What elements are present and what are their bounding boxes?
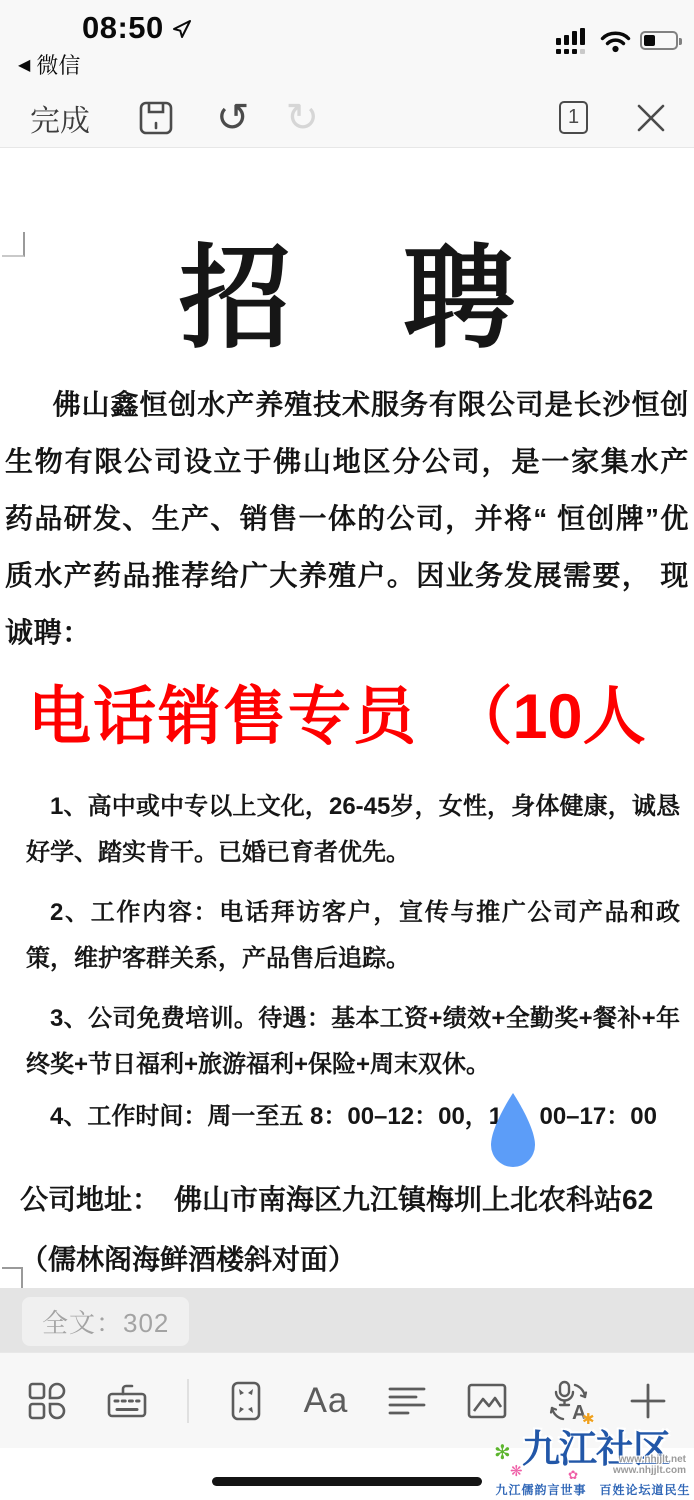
tools-grid-icon <box>26 1380 68 1422</box>
keyboard-icon <box>105 1380 149 1422</box>
status-time-row: 08:50 <box>82 10 193 46</box>
page-indicator[interactable]: 1 <box>559 101 588 134</box>
page-margin-mark-top-left <box>2 232 25 257</box>
save-icon <box>136 98 176 138</box>
status-bar: 08:50 ◀ 微信 <box>0 0 694 88</box>
bottom-safe-area <box>0 1448 694 1500</box>
back-to-wechat[interactable]: ◀ 微信 <box>18 49 193 80</box>
status-right <box>555 27 678 54</box>
position-headcount: （10人 <box>418 682 646 752</box>
page-fit-icon <box>226 1379 266 1423</box>
status-time: 08:50 <box>82 10 164 46</box>
back-app-label: 微信 <box>36 49 80 80</box>
toolbar-separator <box>187 1379 189 1423</box>
home-indicator[interactable] <box>212 1477 482 1486</box>
battery-icon <box>640 31 678 50</box>
save-button[interactable] <box>136 98 176 138</box>
doc-intro-paragraph: 佛山鑫恒创水产养殖技术服务有限公司是长沙恒创生物有限公司设立于佛山地区分公司，是… <box>5 376 689 661</box>
undo-button[interactable]: ↺ <box>216 98 250 138</box>
voice-to-text-button[interactable]: A <box>547 1379 591 1423</box>
word-count-badge: 全文：302 <box>22 1297 189 1346</box>
close-button[interactable] <box>634 101 668 135</box>
font-button[interactable]: Aa <box>304 1381 349 1421</box>
add-button[interactable] <box>628 1381 668 1421</box>
wifi-icon <box>600 29 631 53</box>
requirement-item-4: 4、工作时间：周一至五 8：00–12：00，13：00–17：00 <box>26 1094 680 1140</box>
bottom-toolbar: Aa A <box>0 1352 694 1448</box>
paragraph-align-icon <box>386 1381 428 1421</box>
top-toolbar: 完成 ↺ ↻ 1 <box>0 88 694 148</box>
battery-level <box>644 35 655 46</box>
plus-icon <box>628 1381 668 1421</box>
position-title-underlined: 电话销售专员 <box>28 682 418 759</box>
document-footer-strip: 全文：302 <box>0 1288 694 1352</box>
paragraph-align-button[interactable] <box>386 1381 428 1421</box>
status-left: 08:50 ◀ 微信 <box>18 10 193 80</box>
phone-screen: 08:50 ◀ 微信 <box>0 0 694 1500</box>
document-page[interactable]: 招 聘 佛山鑫恒创水产养殖技术服务有限公司是长沙恒创生物有限公司设立于佛山地区分… <box>0 148 694 1288</box>
page-fit-button[interactable] <box>226 1379 266 1423</box>
keyboard-button[interactable] <box>105 1380 149 1422</box>
position-heading: 电话销售专员 （10人 <box>0 677 694 759</box>
insert-image-icon <box>465 1381 509 1421</box>
requirement-item-2: 2、工作内容：电话拜访客户，宣传与推广公司产品和政策，维护客群关系，产品售后追踪… <box>26 890 680 982</box>
back-chevron-icon: ◀ <box>18 55 30 75</box>
text-cursor-handle[interactable] <box>488 1092 538 1170</box>
doc-title: 招 聘 <box>0 240 694 358</box>
insert-image-button[interactable] <box>465 1381 509 1421</box>
voice-to-text-icon: A <box>547 1379 591 1423</box>
battery-cap <box>679 38 682 45</box>
done-button[interactable]: 完成 <box>30 96 90 140</box>
tools-grid-button[interactable] <box>26 1380 68 1422</box>
close-icon <box>634 101 668 135</box>
company-address: 公司地址： 佛山市南海区九江镇梅圳上北农科站62（儒林阁海鲜酒楼斜对面） <box>20 1170 680 1288</box>
requirement-item-1: 1、高中或中专以上文化，26-45岁，女性，身体健康，诚恳好学、踏实肯干。已婚已… <box>26 784 680 876</box>
location-arrow-icon <box>171 18 193 40</box>
svg-text:A: A <box>572 1402 586 1423</box>
redo-button[interactable]: ↻ <box>286 98 320 138</box>
requirement-item-3: 3、公司免费培训。待遇：基本工资+绩效+全勤奖+餐补+年终奖+节日福利+旅游福利… <box>26 996 680 1088</box>
cellular-signal-icon <box>555 27 591 54</box>
